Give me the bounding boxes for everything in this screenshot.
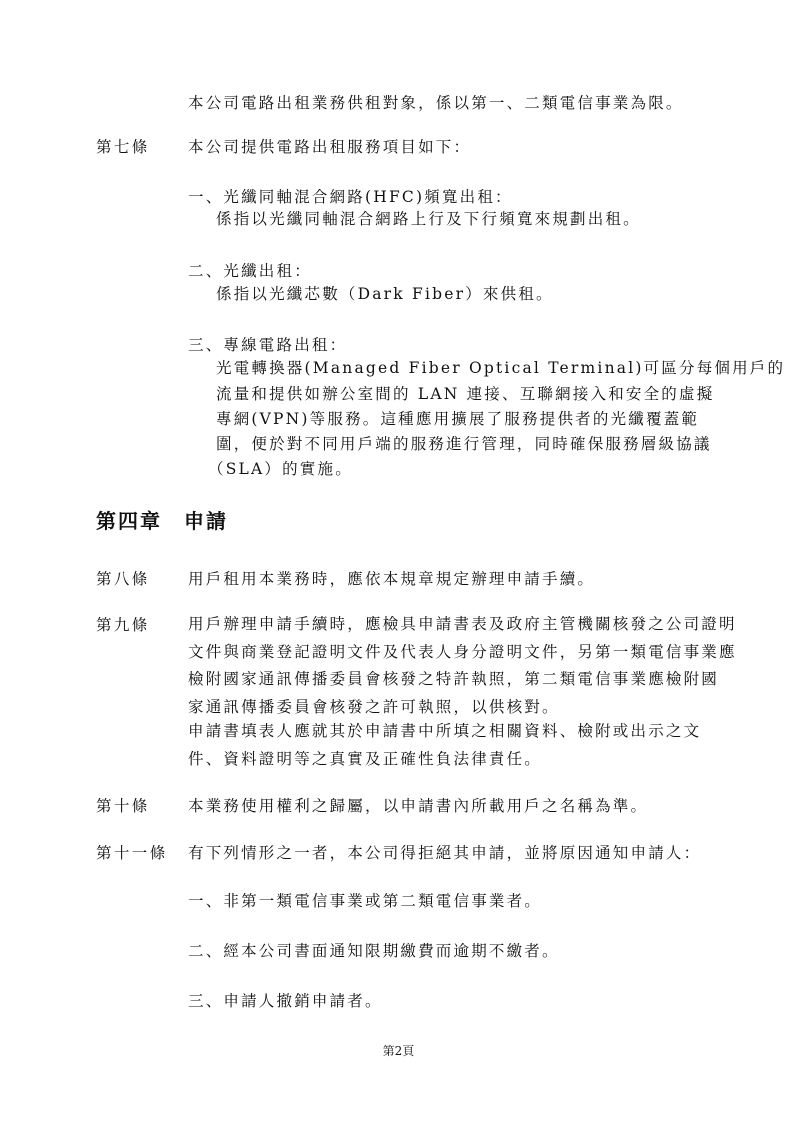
article-7-item-3-line-3: 專網(VPN)等服務。這種應用擴展了服務提供者的光纖覆蓋範 <box>216 408 699 430</box>
article-9-p2-line-1: 申請書填表人應就其於申請書中所填之相關資料、檢附或出示之文 <box>188 718 708 746</box>
article-11-item-3: 三、申請人撤銷申請者。 <box>188 990 383 1012</box>
article-11-item-1: 一、非第一類電信事業或第二類電信事業者。 <box>188 890 542 912</box>
article-10-text: 本業務使用權利之歸屬，以申請書內所載用戶之名稱為準。 <box>188 795 648 817</box>
article-7-text: 本公司提供電路出租服務項目如下： <box>188 136 471 158</box>
article-9-p1-line-1: 用戶辦理申請手續時，應檢具申請書表及政府主管機關核發之公司證明 <box>188 611 708 639</box>
article-9-p1-line-2: 文件與商業登記證明文件及代表人身分證明文件，另第一類電信事業應 <box>188 639 708 667</box>
article-7-item-3-line-5: （SLA）的實施。 <box>208 458 353 480</box>
article-9-p1-line-4: 家通訊傳播委員會核發之許可執照，以供核對。 <box>188 694 708 722</box>
article-9-p2-line-2: 件、資料證明等之真實及正確性負法律責任。 <box>188 746 708 774</box>
chapter-4-heading: 第四章申請 <box>96 508 228 534</box>
article-7-item-3-line-2: 流量和提供如辦公室間的 LAN 連接、互聯網接入和安全的虛擬 <box>216 383 714 405</box>
article-7-item-2-line: 係指以光纖芯數（Dark Fiber）來供租。 <box>216 283 554 305</box>
article-9-paragraph-2: 申請書填表人應就其於申請書中所填之相關資料、檢附或出示之文 件、資料證明等之真實… <box>188 718 708 773</box>
article-9-label: 第九條 <box>96 614 150 636</box>
article-7-item-3-line-1: 光電轉換器(Managed Fiber Optical Terminal)可區分… <box>216 357 785 379</box>
article-7-item-1-heading: 一、光纖同軸混合網路(HFC)頻寬出租： <box>188 186 513 208</box>
intro-line: 本公司電路出租業務供租對象，係以第一、二類電信事業為限。 <box>188 92 684 114</box>
chapter-number: 第四章 <box>96 509 162 533</box>
article-10-label: 第十條 <box>96 795 150 817</box>
article-11-label: 第十一條 <box>96 842 168 864</box>
article-7-item-3-heading: 三、專線電路出租： <box>188 334 347 356</box>
article-8-label: 第八條 <box>96 568 150 590</box>
chapter-title: 申請 <box>184 509 228 533</box>
article-11-item-2: 二、經本公司書面通知限期繳費而逾期不繳者。 <box>188 940 560 962</box>
article-8-text: 用戶租用本業務時，應依本規章規定辦理申請手續。 <box>188 568 595 590</box>
article-11-text: 有下列情形之一者，本公司得拒絕其申請，並將原因通知申請人： <box>188 842 701 864</box>
page-number: 第2頁 <box>0 1042 797 1059</box>
document-page: 本公司電路出租業務供租對象，係以第一、二類電信事業為限。 第七條 本公司提供電路… <box>0 0 797 1125</box>
article-7-item-2-heading: 二、光纖出租： <box>188 260 312 282</box>
article-7-item-1-line: 係指以光纖同軸混合網路上行及下行頻寬來規劃出租。 <box>216 208 641 230</box>
article-7-label: 第七條 <box>96 136 150 158</box>
article-9-paragraph-1: 用戶辦理申請手續時，應檢具申請書表及政府主管機關核發之公司證明 文件與商業登記證… <box>188 611 708 721</box>
article-7-item-3-line-4: 圍，便於對不同用戶端的服務進行管理，同時確保服務層級協議 <box>216 433 712 455</box>
article-9-p1-line-3: 檢附國家通訊傳播委員會核發之特許執照，第二類電信事業應檢附國 <box>188 666 708 694</box>
